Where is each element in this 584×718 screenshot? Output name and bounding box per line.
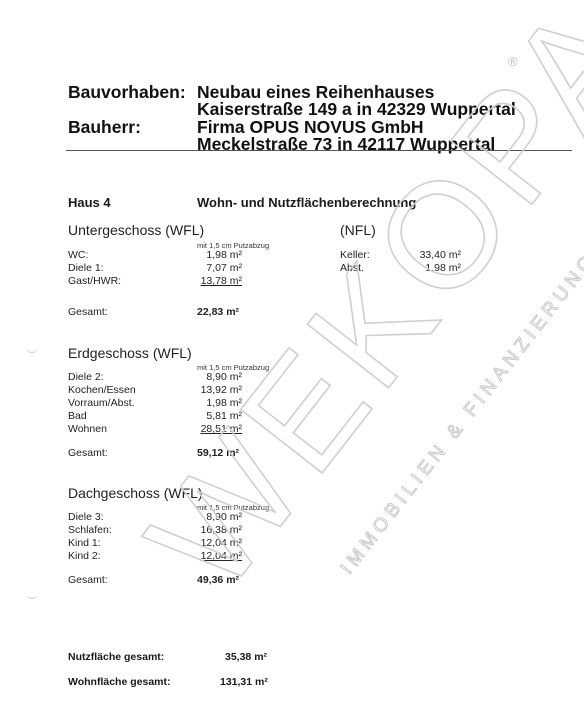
bauvorhaben-label: Bauvorhaben:	[68, 82, 186, 102]
room-area: 13,78 m²	[196, 275, 242, 288]
punch-hole-mark	[26, 346, 38, 353]
section-title: Untergeschoss (WFL)	[68, 222, 204, 238]
room-area: 16,38 m²	[196, 524, 242, 537]
room-area: 28,51 m²	[196, 423, 242, 436]
room-label: Wohnen	[68, 423, 107, 436]
header-divider	[66, 150, 572, 151]
total-area: 49,36 m²	[197, 574, 239, 587]
room-area: 12,04 m²	[196, 537, 242, 550]
room-label: Diele 2:	[68, 371, 104, 384]
total-area: 22,83 m²	[197, 306, 239, 319]
room-area: 13,92 m²	[196, 384, 242, 397]
wohnflaeche-value: 131,31 m²	[220, 676, 268, 688]
room-label: Schlafen:	[68, 524, 112, 537]
room-label: Diele 1:	[68, 262, 104, 275]
total-label: Gesamt:	[68, 306, 108, 319]
room-area: 5,81 m²	[196, 410, 242, 423]
total-label: Gesamt:	[68, 447, 108, 460]
room-label: Bad	[68, 410, 87, 423]
room-label: WC:	[68, 249, 88, 262]
room-label: Kind 2:	[68, 550, 101, 563]
room-area: 8,90 m²	[196, 511, 242, 524]
section-title: Dachgeschoss (WFL)	[68, 485, 203, 501]
bauherr-label: Bauherr:	[68, 117, 141, 137]
room-label: Abst.	[340, 262, 364, 275]
room-area: 7,07 m²	[196, 262, 242, 275]
room-label: Kind 1:	[68, 537, 101, 550]
room-label: Keller:	[340, 249, 370, 262]
punch-hole-mark	[26, 592, 38, 599]
room-label: Vorraum/Abst.	[68, 397, 135, 410]
room-area: 33,40 m²	[415, 249, 461, 262]
room-area: 8,90 m²	[196, 371, 242, 384]
room-label: Diele 3:	[68, 511, 104, 524]
wohnflaeche-label: Wohnfläche gesamt:	[68, 676, 171, 688]
total-area: 59,12 m²	[197, 447, 239, 460]
total-label: Gesamt:	[68, 574, 108, 587]
room-area: 12,04 m²	[196, 550, 242, 563]
document-page: Bauvorhaben: Neubau eines Reihenhauses K…	[0, 0, 584, 718]
bauvorhaben-line2: Kaiserstraße 149 a in 42329 Wuppertal	[197, 99, 516, 119]
nutzflaeche-label: Nutzfläche gesamt:	[68, 651, 164, 663]
bauherr-line2: Meckelstraße 73 in 42117 Wuppertal	[197, 134, 495, 154]
room-area: 1,98 m²	[196, 397, 242, 410]
nutzflaeche-value: 35,38 m²	[225, 651, 267, 663]
section-title: (NFL)	[340, 222, 376, 238]
room-label: Kochen/Essen	[68, 384, 136, 397]
section-title: Erdgeschoss (WFL)	[68, 345, 192, 361]
registered-mark: ®	[508, 54, 518, 69]
room-area: 1,98 m²	[415, 262, 461, 275]
room-area: 1,98 m²	[196, 249, 242, 262]
document-heading: Wohn- und Nutzflächenberechnung	[197, 195, 416, 210]
room-label: Gast/HWR:	[68, 275, 121, 288]
house-number: Haus 4	[68, 195, 111, 210]
